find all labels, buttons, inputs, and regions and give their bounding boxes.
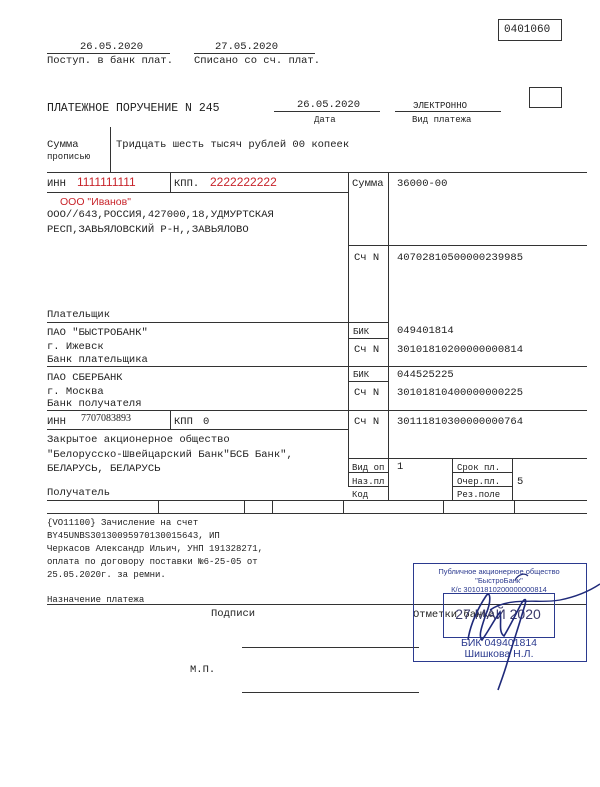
- handwritten-signature-icon: [0, 0, 600, 787]
